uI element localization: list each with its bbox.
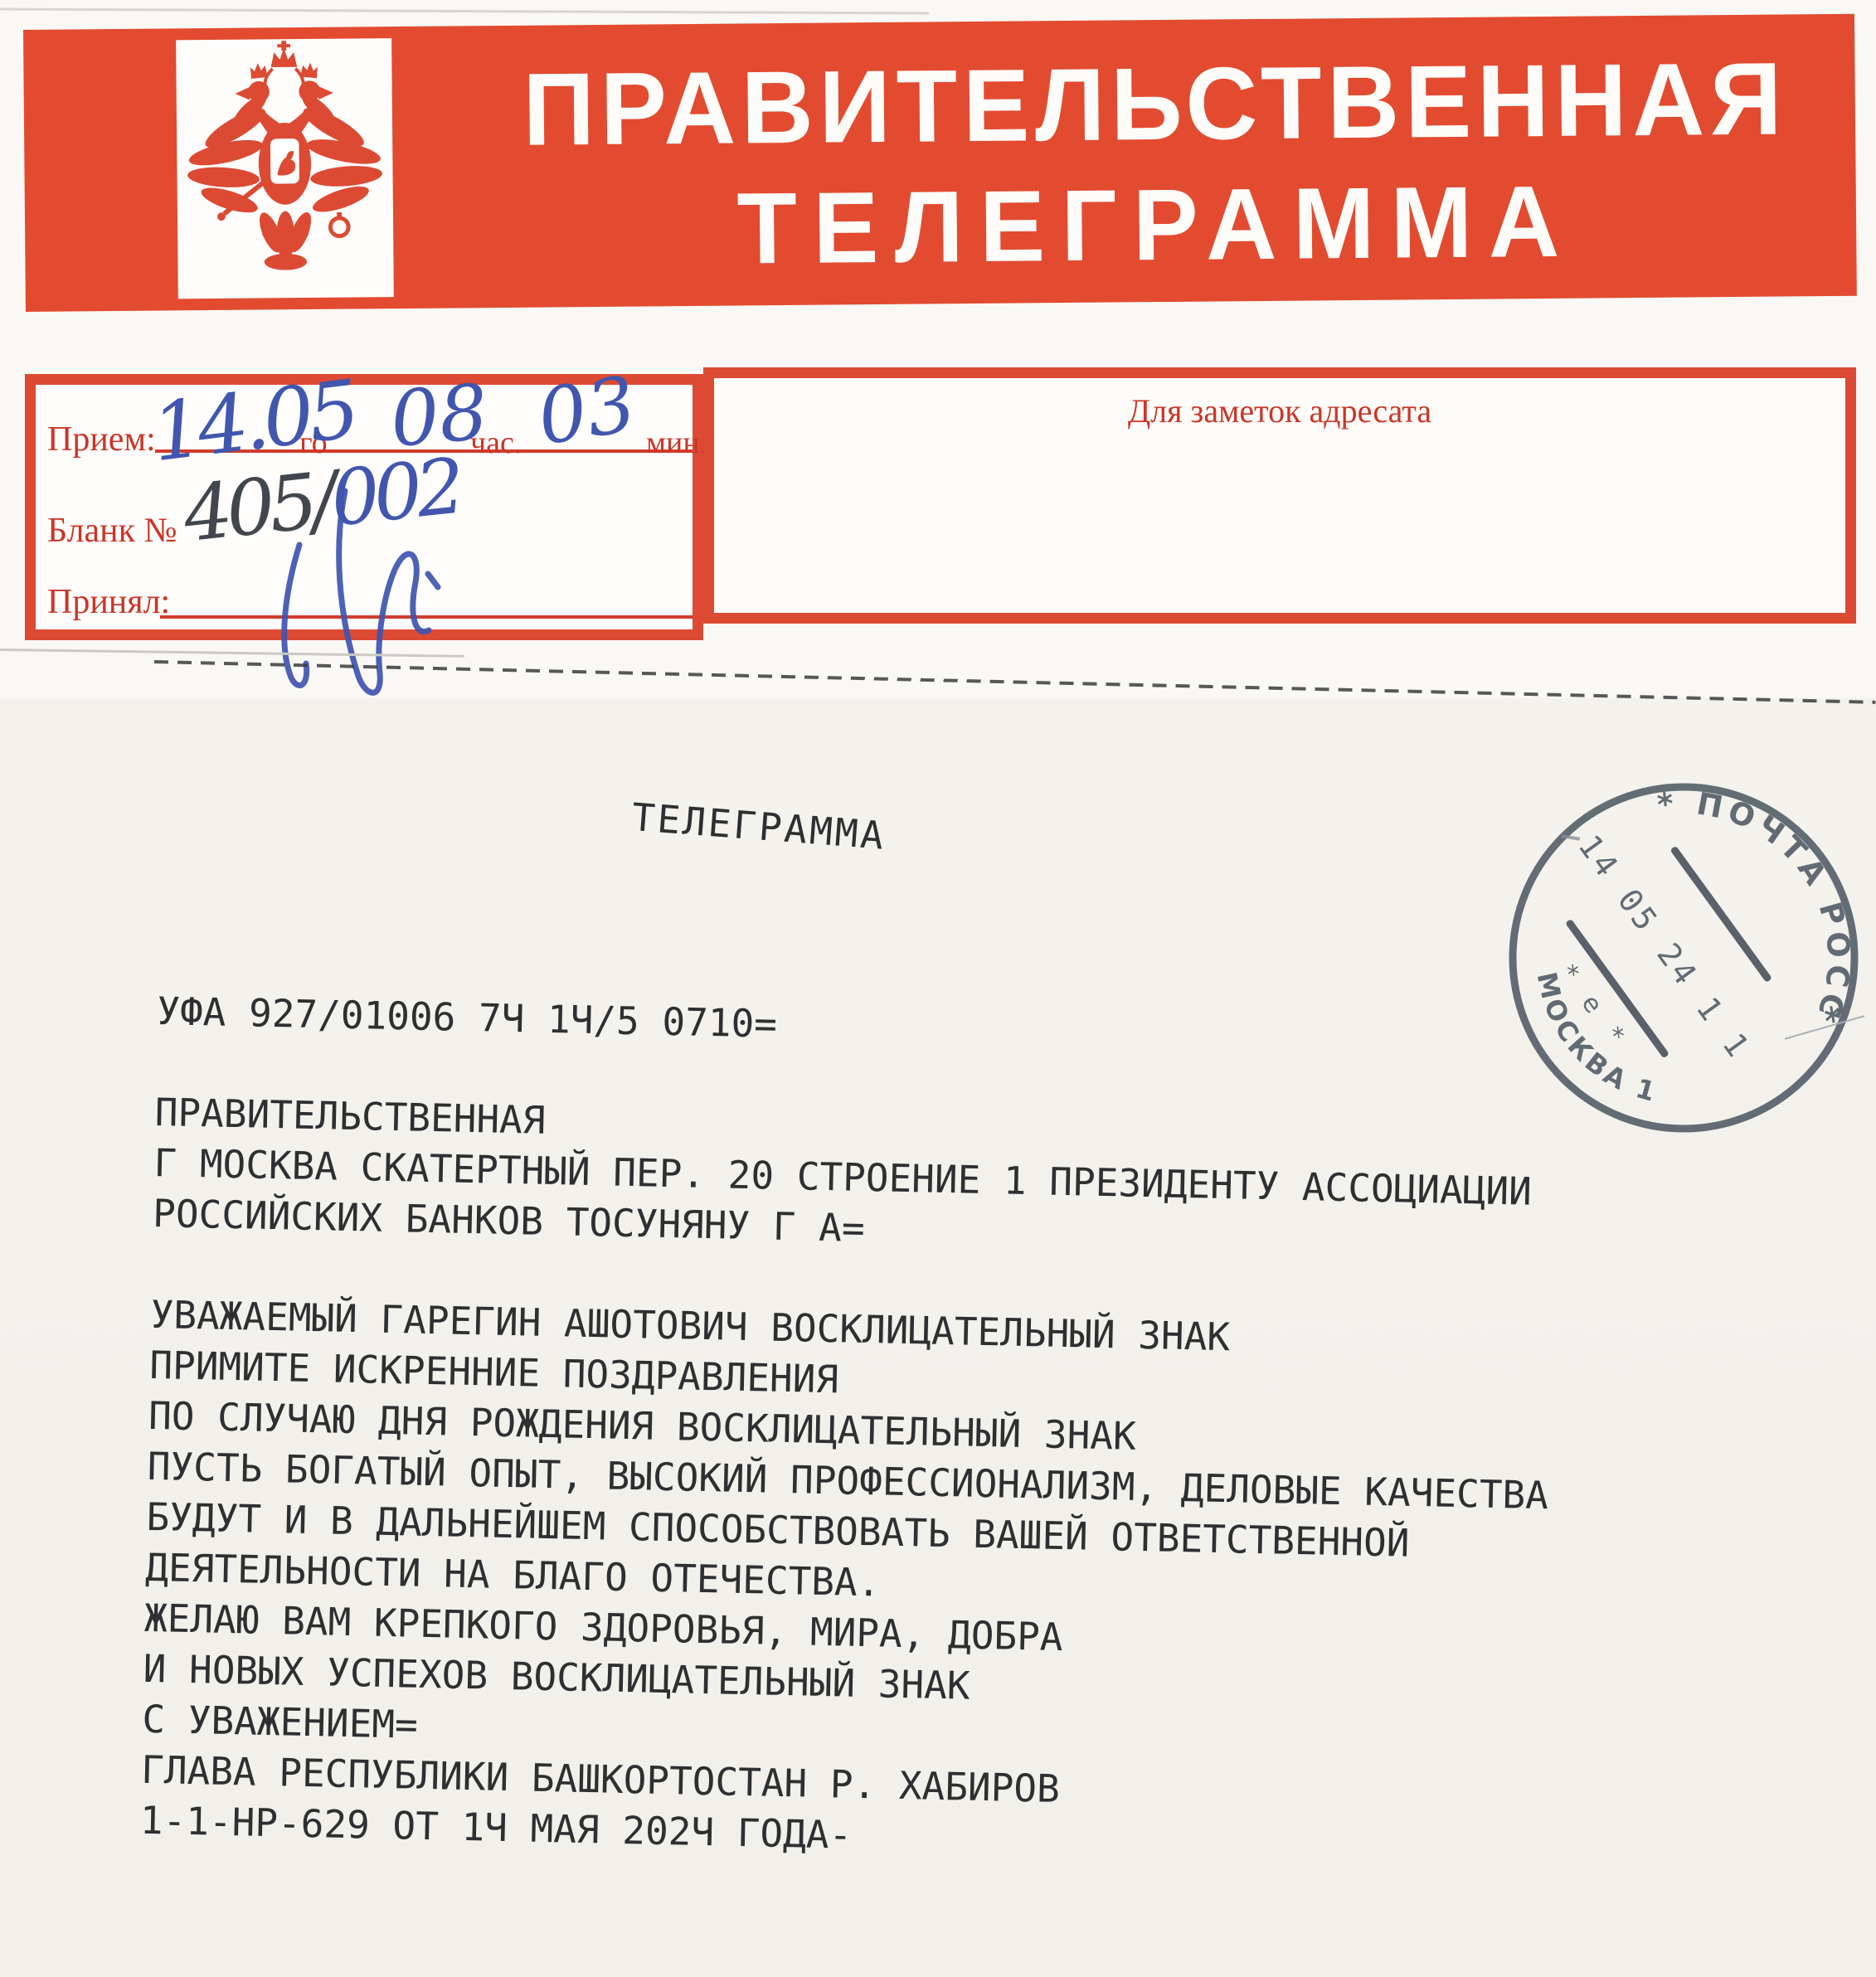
banner-title-line1: ПРАВИТЕЛЬСТВЕННАЯ <box>492 47 1819 162</box>
russian-coat-of-arms-icon <box>176 38 394 299</box>
priem-label: Прием: <box>47 420 156 459</box>
notes-label: Для заметок адресата <box>714 391 1845 430</box>
scanned-telegram-page: { "banner": { "title_line1": "ПРАВИТЕЛЬС… <box>0 0 1876 1977</box>
postal-stamp: * ПОЧТА РОССИИ МОСКВА 121165 * 14 05 24 … <box>1501 775 1866 1140</box>
coat-of-arms-box <box>176 38 394 299</box>
operator-signature <box>258 474 465 731</box>
banner-titles: ПРАВИТЕЛЬСТВЕННАЯ ТЕЛЕГРАММА <box>471 47 1840 281</box>
prinyal-label: Принял: <box>47 582 170 622</box>
telegram-body: УФА 927/01006 7Ч 1Ч/5 0710=ПРАВИТЕЛЬСТВЕ… <box>139 986 1733 1879</box>
unit-min-label: мин. <box>646 425 707 461</box>
reception-form-box: Прием: го час. мин. Бланк № Принял: 14.0… <box>25 374 703 640</box>
masthead-banner: ПРАВИТЕЛЬСТВЕННАЯ ТЕЛЕГРАММА <box>23 14 1857 312</box>
addressee-notes-box: Для заметок адресата <box>703 367 1856 624</box>
banner-title-line2: ТЕЛЕГРАММА <box>493 168 1820 281</box>
handwritten-minutes: 03 <box>532 360 641 463</box>
blank-number-label: Бланк № <box>47 511 177 551</box>
stamp-center-group: 14 05 24 1 1 * е * <box>1501 799 1799 1119</box>
